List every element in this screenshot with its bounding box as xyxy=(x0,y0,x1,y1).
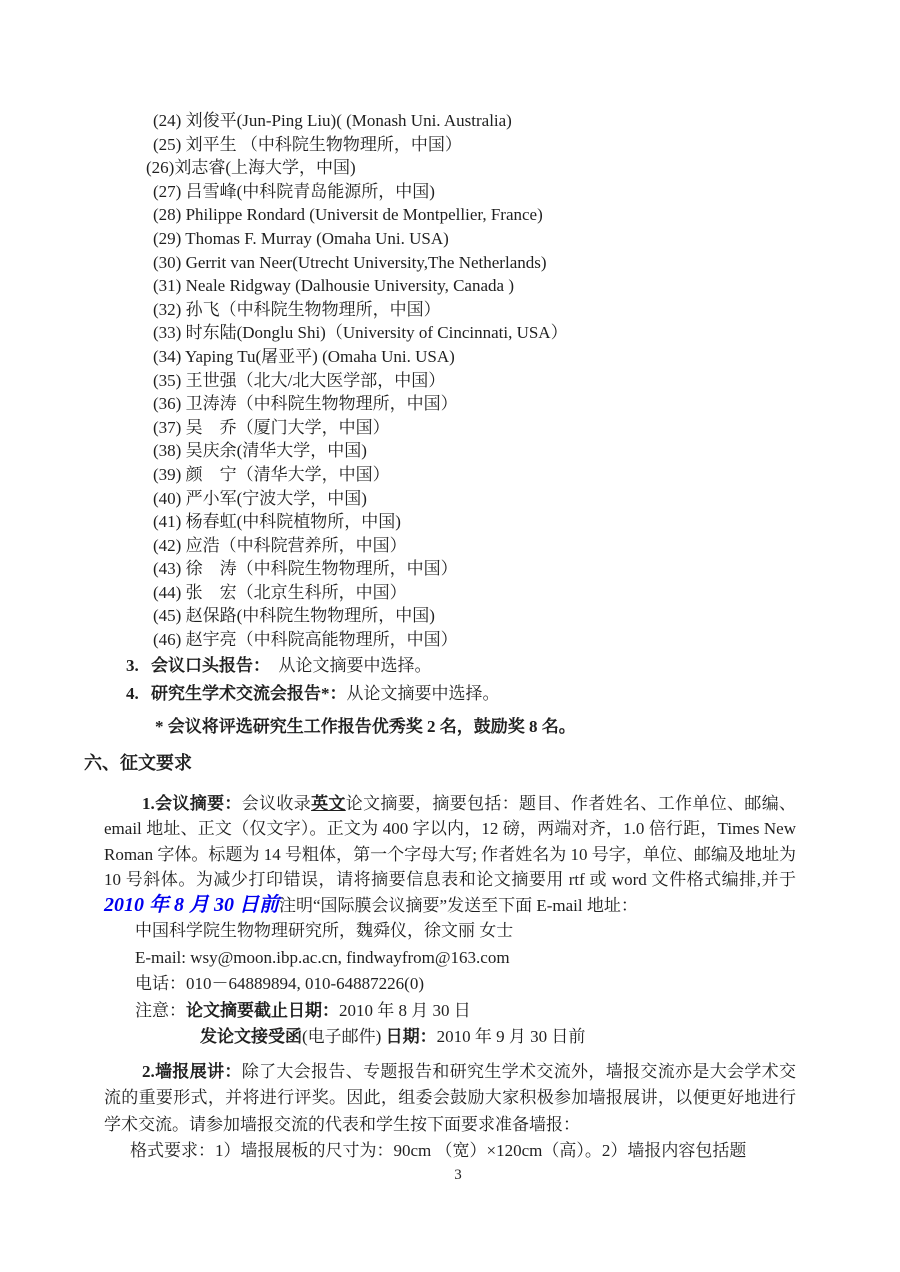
attendee-list-item: (44) 张 宏（北京生科所，中国） xyxy=(153,581,812,605)
contact-notice-line: 注意：论文摘要截止日期：2010 年 8 月 30 日 xyxy=(135,998,812,1025)
attendee-list-item: (29) Thomas F. Murray (Omaha Uni. USA) xyxy=(153,227,812,251)
attendee-list-item: (46) 赵宇亮（中科院高能物理所，中国） xyxy=(153,628,812,652)
acceptance-date: 2010 年 9 月 30 日前 xyxy=(437,1027,586,1046)
acceptance-label: 发论文接受函 xyxy=(200,1027,302,1046)
notice-prefix: 注意： xyxy=(135,1001,186,1020)
abstract-label: 1.会议摘要： xyxy=(142,794,242,813)
deadline-label: 论文摘要截止日期： xyxy=(186,1001,339,1020)
agenda-item-number: 4. xyxy=(126,680,151,708)
abstract-text: 注明“国际膜会议摘要”发送至下面 E-mail 地址： xyxy=(279,896,638,915)
attendee-list: (24) 刘俊平(Jun-Ping Liu)( (Monash Uni. Aus… xyxy=(153,109,812,652)
document-page: (24) 刘俊平(Jun-Ping Liu)( (Monash Uni. Aus… xyxy=(0,0,900,1272)
attendee-list-item: (39) 颜 宁（清华大学，中国） xyxy=(153,463,812,487)
attendee-list-item: (37) 吴 乔（厦门大学，中国） xyxy=(153,416,812,440)
contact-block: 中国科学院生物物理研究所，魏舜仪，徐文丽 女士 E-mail: wsy@moon… xyxy=(135,918,812,1051)
attendee-list-item: (35) 王世强（北大/北大医学部，中国） xyxy=(153,369,812,393)
attendee-list-item: (45) 赵保路(中科院生物物理所，中国) xyxy=(153,604,812,628)
attendee-list-item: (25) 刘平生 （中科院生物物理所，中国） xyxy=(153,133,812,157)
contact-institute: 中国科学院生物物理研究所，魏舜仪，徐文丽 女士 xyxy=(135,918,812,945)
abstract-text: 会议收录 xyxy=(242,794,311,813)
agenda-item-4: 4.研究生学术交流会报告*：从论文摘要中选择。 xyxy=(126,680,812,708)
page-number: 3 xyxy=(104,1167,812,1184)
agenda-item-label: 研究生学术交流会报告*： xyxy=(151,684,347,703)
agenda-item-3: 3.会议口头报告： 从论文摘要中选择。 xyxy=(126,652,812,680)
attendee-list-item: (43) 徐 涛（中科院生物物理所，中国） xyxy=(153,557,812,581)
agenda-item-text: 从论文摘要中选择。 xyxy=(347,684,500,703)
contact-email: E-mail: wsy@moon.ibp.ac.cn, findwayfrom@… xyxy=(135,945,812,972)
poster-label: 2.墙报展讲： xyxy=(142,1062,242,1081)
attendee-list-item: (33) 时东陆(Donglu Shi)（University of Cinci… xyxy=(153,321,812,345)
section-heading: 六、征文要求 xyxy=(84,750,812,776)
deadline-date: 2010 年 8 月 30 日 xyxy=(339,1001,471,1020)
agenda-item-text: 从论文摘要中选择。 xyxy=(262,656,432,675)
attendee-list-item: (41) 杨春虹(中科院植物所，中国) xyxy=(153,510,812,534)
attendee-list-item: (40) 严小军(宁波大学，中国) xyxy=(153,487,812,511)
poster-paragraph: 2.墙报展讲：除了大会报告、专题报告和研究生学术交流外，墙报交流亦是大会学术交流… xyxy=(104,1059,796,1139)
acceptance-mid: (电子邮件) xyxy=(302,1027,386,1046)
attendee-list-item: (38) 吴庆余(清华大学，中国) xyxy=(153,439,812,463)
abstract-deadline-date: 2010 年 8 月 30 日前 xyxy=(104,894,279,916)
abstract-paragraph: 1.会议摘要：会议收录英文论文摘要，摘要包括：题目、作者姓名、工作单位、邮编、e… xyxy=(104,791,796,919)
abstract-english-emphasis: 英文 xyxy=(311,794,346,813)
contact-acceptance-line: 发论文接受函(电子邮件) 日期：2010 年 9 月 30 日前 xyxy=(200,1024,812,1051)
attendee-list-item: (34) Yaping Tu(屠亚平) (Omaha Uni. USA) xyxy=(153,345,812,369)
attendee-list-item: (31) Neale Ridgway (Dalhousie University… xyxy=(153,274,812,298)
attendee-list-item: (36) 卫涛涛（中科院生物物理所，中国） xyxy=(153,392,812,416)
agenda-item-label: 会议口头报告： xyxy=(151,656,262,675)
attendee-list-item: (28) Philippe Rondard (Universit de Mont… xyxy=(153,203,812,227)
attendee-list-item: (26)刘志睿(上海大学，中国) xyxy=(146,156,812,180)
agenda-item-number: 3. xyxy=(126,652,151,680)
award-note: * 会议将评选研究生工作报告优秀奖 2 名，鼓励奖 8 名。 xyxy=(155,714,812,740)
attendee-list-item: (42) 应浩（中科院营养所，中国） xyxy=(153,534,812,558)
attendee-list-item: (27) 吕雪峰(中科院青岛能源所，中国) xyxy=(153,180,812,204)
attendee-list-item: (24) 刘俊平(Jun-Ping Liu)( (Monash Uni. Aus… xyxy=(153,109,812,133)
attendee-list-item: (30) Gerrit van Neer(Utrecht University,… xyxy=(153,251,812,275)
poster-format-line: 格式要求：1）墙报展板的尺寸为：90cm （宽）×120cm（高）。2）墙报内容… xyxy=(104,1138,796,1165)
attendee-list-item: (32) 孙飞（中科院生物物理所，中国） xyxy=(153,298,812,322)
acceptance-date-label: 日期： xyxy=(386,1027,437,1046)
contact-phone: 电话：010－64889894, 010-64887226(0) xyxy=(135,971,812,998)
